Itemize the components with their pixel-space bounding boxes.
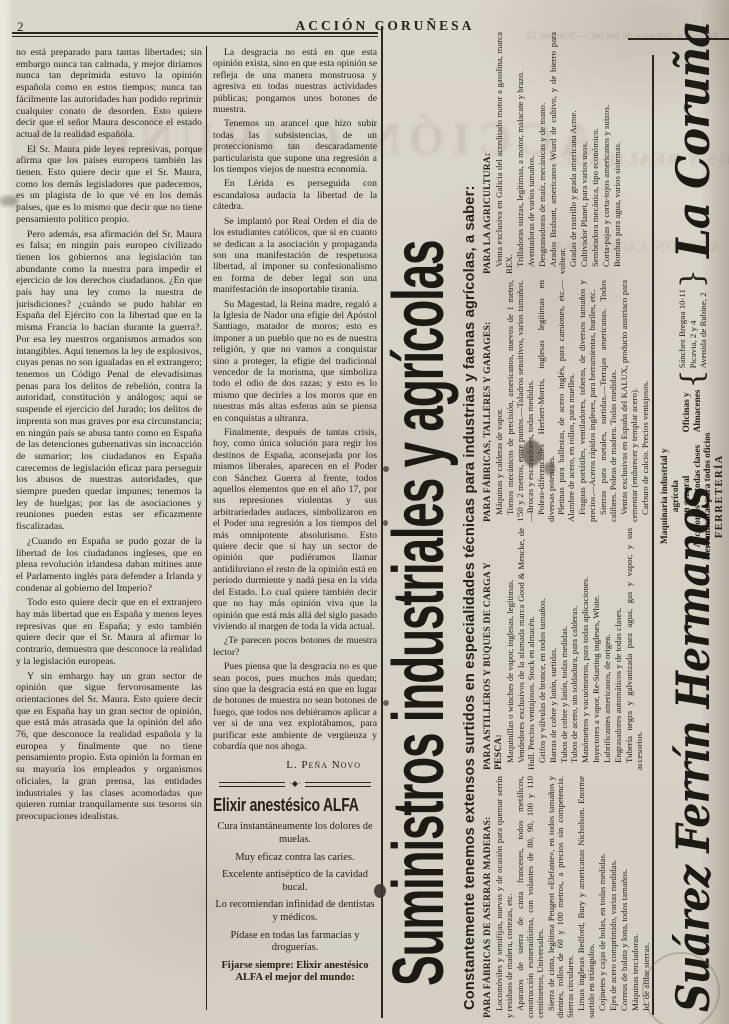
ad-item: Inyectores a vapor, Re-Starting ingleses… — [592, 528, 602, 770]
paper-stain — [0, 196, 18, 206]
article-paragraph: Pues piensa que la desgracia no es que s… — [213, 661, 377, 752]
article-paragraph: ¿Te parecen pocos botones de muestra lec… — [213, 635, 377, 658]
ad-item: Vendedores exclusivos de la afamada marc… — [517, 528, 537, 770]
article-column-1: no está preparado para tantas libertades… — [16, 47, 202, 962]
article-paragraph: El Sr. Maura pide leyes represivas, porq… — [16, 144, 202, 226]
article-paragraph: no está preparado para tantas libertades… — [16, 47, 202, 141]
header-rule — [12, 32, 378, 37]
ad-item: Maquinillas o winches de vapor, inglesas… — [506, 528, 516, 770]
ad-item: Aparatos de sierra de cinta franceses, t… — [516, 776, 546, 1018]
article-column-2-wrap: La desgracia no está en que esta opinión… — [213, 47, 377, 1017]
company-offices: Oficinas y Almacenes { Sánchez Bregua 10… — [677, 268, 708, 432]
divider-line — [305, 782, 371, 787]
alfa-ad-line: Excelente antiséptico de la cavidad buca… — [213, 869, 377, 894]
ad-item: Máquinas y calderas de vapor. — [495, 280, 505, 522]
ad-section-items: Maquinillas o winches de vapor, inglesas… — [506, 528, 645, 770]
brace-open-icon: { — [678, 368, 708, 389]
ad-item: Tubos de acero, sin soldadura, para cald… — [570, 528, 580, 770]
ad-item: Desgranadoras de maíz, mecánicas y de ma… — [538, 32, 548, 274]
ad-item: Máquinas terciadoras. — [631, 776, 641, 1018]
ad-item: Bombas para agua, varios sistemas. — [613, 32, 623, 274]
ad-item: Grifos y válvulas de bronce, en todos ta… — [538, 528, 548, 770]
alfa-ad-line: Lo recomiendan infinidad de dentistas y … — [213, 899, 377, 924]
ink-blot — [383, 520, 388, 526]
ad-section-aserrar-maderas: PARA FÁBRICAS DE ASERRAR MADERAS: Locomó… — [482, 770, 650, 1018]
ink-blot — [544, 462, 555, 475]
brace-close-icon: } — [678, 268, 708, 289]
newspaper-page: Periódico defensor de los int —Número 72… — [0, 0, 729, 1024]
ad-item: Manómetros y vacuómetros, para todas apl… — [581, 528, 591, 770]
ad-section-astilleros: PARA ASTILLEROS Y BUQUES DE CARGA Y PESC… — [482, 522, 650, 770]
article-paragraph: La desgracia no está en que esta opinión… — [213, 47, 377, 115]
suarez-ad-headline: Suministros industriales y agrícolas — [382, 61, 456, 986]
address-line: Picavia, 2 y 4 — [688, 289, 698, 368]
ad-section-heading: PARA FÁBRICAS DE ASERRAR MADERAS: — [482, 776, 493, 1018]
ink-blot — [383, 466, 389, 472]
divider-line — [219, 782, 285, 787]
ad-item: Sembradora mecánica, tipo económico. — [591, 32, 601, 274]
ad-item: Correas de balata y lona, todos tamaños. — [620, 776, 630, 1018]
article-paragraph: ¿Cuando en España se pudo gozar de la li… — [16, 536, 202, 595]
alfa-ad-line: Cura instantáneamente los dolores de mue… — [213, 821, 377, 846]
suarez-ad-letterhead: Suárez Ferrín Hermanos Maquinaria indust… — [657, 28, 729, 1018]
article-paragraph: Todo esto quiere decir que en el extranj… — [16, 597, 202, 667]
company-city: La Coruña — [666, 28, 720, 268]
ad-item: Aventadoras de varios tamaños. — [527, 32, 537, 274]
suarez-ad-sections: PARA FÁBRICAS DE ASERRAR MADERAS: Locomó… — [482, 26, 650, 1018]
offices-label: Oficinas y Almacenes — [682, 390, 704, 433]
alfa-ad-title: Elixir anestésico ALFA — [213, 795, 341, 816]
article-paragraph: Finalmente, después de tantas crisis, ho… — [213, 427, 377, 632]
article-paragraph: Pero además, esa afirmación del Sr. Maur… — [16, 229, 202, 533]
stamp-ghost — [642, 952, 720, 1024]
ad-section-heading: PARA ASTILLEROS Y BUQUES DE CARGA Y PESC… — [482, 528, 504, 770]
ad-section-items: Locomóviles y semifijas, nuevas y de oca… — [495, 776, 650, 1018]
ink-blot — [374, 884, 386, 898]
ad-item: Locomóviles y semifijas, nuevas y de oca… — [495, 776, 515, 1018]
ad-item: Barras de cobre y latón, surtidas. — [549, 528, 559, 770]
address-line: Avenida de Rubine, 2 — [698, 289, 708, 368]
ad-item: Pletinas para ballestas, de acero inglés… — [557, 280, 577, 522]
ad-section-items: Venta exclusiva en Galicia del acreditad… — [495, 32, 623, 274]
article-column-2: La desgracia no está en que esta opinión… — [213, 47, 377, 755]
ink-blot — [383, 700, 389, 706]
ad-item: Poleas-diferenciales Herbert-Morris, ing… — [537, 280, 557, 522]
ad-item: Engrasadores automáticos y de todas clas… — [614, 528, 624, 770]
ad-section-heading: PARA LA AGRICULTURA: — [482, 32, 493, 274]
ad-letterhead-rule — [652, 55, 654, 1015]
article-paragraph: Y sin embargo hay un gran sector de opin… — [16, 671, 202, 823]
alfa-ad-closing: Fijarse siempre: Elixir anestésico ALFA … — [213, 960, 377, 985]
ad-item: Trilladoras suizas, legítimas, a motor, … — [516, 32, 526, 274]
suarez-ad-subtitle: Constantemente tenemos extensos surtidos… — [458, 92, 482, 1010]
column-divider-rule — [206, 46, 207, 1010]
ad-item: Sierras para metales, surtidas.—Terrajas… — [599, 280, 619, 522]
ad-item: Ejes de acero comprimido, varias medidas… — [609, 776, 619, 1018]
ad-item: Sierra de cinta, legítima Peugeot «Elefa… — [547, 776, 577, 1018]
company-name: Suárez Ferrín Hermanos — [666, 560, 720, 1018]
ad-item: Corta-pajas y corta-tojos americanos y s… — [602, 32, 612, 274]
divider-ornament-icon: ·◆· — [289, 780, 300, 788]
ad-item: Fraguas portátiles, ventiladores, tobera… — [578, 280, 598, 522]
ad-item: Carburo de calcio. Precios ventajosos. — [641, 280, 650, 522]
alfa-ad-line: Pídase en todas las farmacias y droguerí… — [213, 930, 377, 955]
ad-section-items: Máquinas y calderas de vapor.Tornos mecá… — [495, 280, 650, 522]
ad-item: Cultivador Planet, para varios usos. — [580, 32, 590, 274]
alfa-ad: Elixir anestésico ALFA Cura instantáneam… — [213, 795, 377, 985]
ad-item: Lubrificantes americanos, de origen. — [603, 528, 613, 770]
article-paragraph: Tenemos un arancel que hizo subir todas … — [213, 118, 377, 175]
ad-section-talleres-garages: PARA FÁBRICAS, TALLERES Y GARAGES: Máqui… — [482, 274, 650, 522]
ink-blot — [522, 440, 542, 466]
address-line: Sánchez Bregua 10-11 — [677, 289, 687, 368]
alfa-ad-line: Muy eficaz contra las caries. — [213, 852, 377, 865]
ad-item: Cojinetes y cajas de bolas, en todas med… — [598, 776, 608, 1018]
ad-item: Arados Brabant, americanos Wiard de cult… — [549, 32, 569, 274]
ad-item: Ventas exclusivas en España del KALUX, p… — [620, 280, 640, 522]
ad-item: Venta exclusiva en Galicia del acreditad… — [495, 32, 515, 274]
ad-item: Gradas de rastrillo y grada americana Ac… — [569, 32, 579, 274]
alfa-ad-body: Cura instantáneamente los dolores de mue… — [213, 821, 377, 954]
ad-item: Tornos mecánicos de precisión, americano… — [506, 280, 536, 522]
ad-section-agricultura: PARA LA AGRICULTURA: Venta exclusiva en … — [482, 26, 650, 274]
ad-item: Tubería negra y galvanizada para agua, g… — [625, 528, 645, 770]
article-paragraph: En Lérida es perseguida con escandalosa … — [213, 178, 377, 212]
section-divider: ·◆· — [219, 780, 371, 788]
offices-addresses: Sánchez Bregua 10-11Picavia, 2 y 4Avenid… — [677, 289, 708, 368]
ad-item: Tubos de cobre y latón, todas medidas. — [560, 528, 570, 770]
article-paragraph: Su Magestad, la Reina madre, regaló a la… — [213, 299, 377, 424]
ad-section-heading: PARA FÁBRICAS, TALLERES Y GARAGES: — [482, 280, 493, 522]
author-signature: L. Peña Novo — [213, 759, 377, 771]
ad-item: Limas inglesas Bedford, Bury y americana… — [577, 776, 597, 1018]
article-paragraph: Se implantó por Real Orden el día de los… — [213, 216, 377, 296]
